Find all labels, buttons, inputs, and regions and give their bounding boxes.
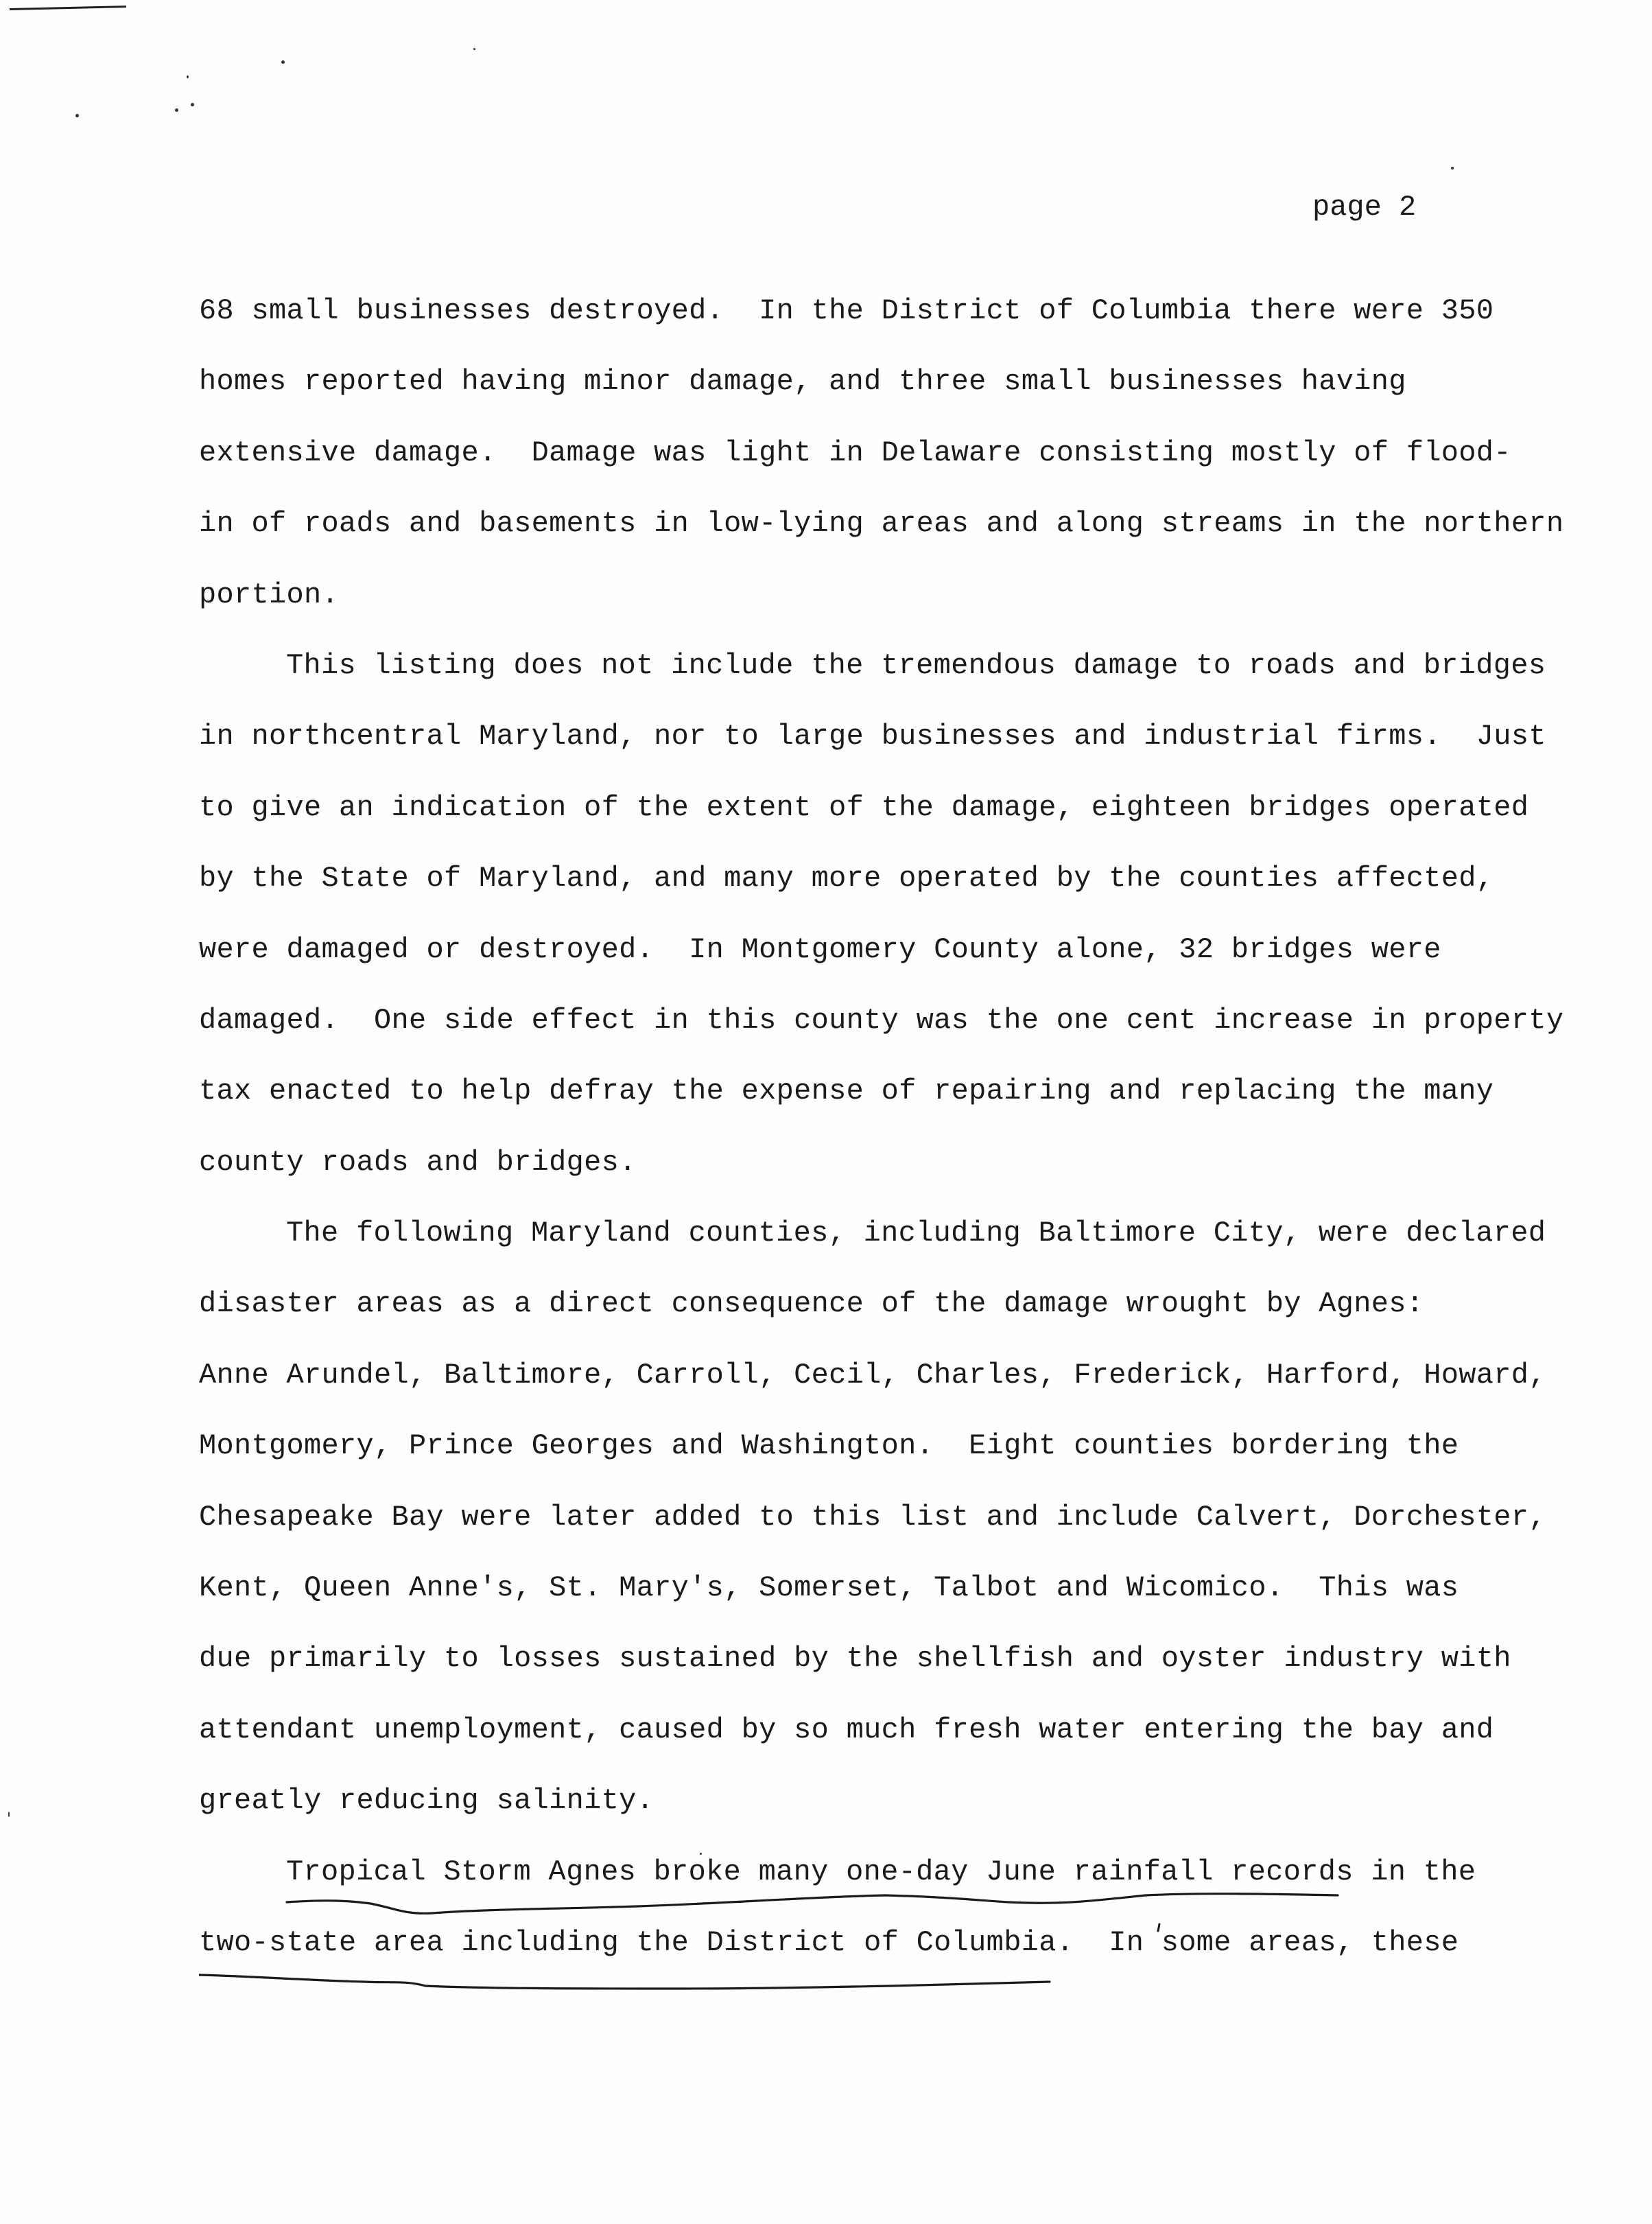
scan-speck [75, 114, 79, 117]
text-line: in of roads and basements in low-lying a… [199, 503, 1571, 574]
scan-speck [8, 1812, 10, 1817]
paragraph-2: This listing does not include the tremen… [199, 645, 1571, 1213]
scan-corner-mark [10, 5, 126, 10]
text-line: county roads and bridges. [199, 1142, 1571, 1213]
text-line: This listing does not include the tremen… [199, 645, 1571, 716]
paragraph-3: The following Maryland counties, includi… [199, 1213, 1571, 1851]
scan-speck [281, 60, 285, 64]
text-line: The following Maryland counties, includi… [199, 1213, 1571, 1283]
text-line: in northcentral Maryland, nor to large b… [199, 716, 1571, 786]
body-text: 68 small businesses destroyed. In the Di… [199, 290, 1571, 1993]
text-line: to give an indication of the extent of t… [199, 787, 1571, 858]
scan-speck [187, 75, 189, 78]
text-line: were damaged or destroyed. In Montgomery… [199, 929, 1571, 1000]
paragraph-1: 68 small businesses destroyed. In the Di… [199, 290, 1571, 645]
text-line: portion. [199, 574, 1571, 645]
underlined-text-line: Tropical Storm Agnes broke many one-day … [199, 1851, 1571, 1922]
scan-speck [700, 1853, 702, 1855]
document-page: page 2 68 small businesses destroyed. In… [0, 0, 1652, 2224]
text-line: Kent, Queen Anne's, St. Mary's, Somerset… [199, 1567, 1571, 1638]
text-line: disaster areas as a direct consequence o… [199, 1283, 1571, 1354]
text-line: greatly reducing salinity. [199, 1780, 1571, 1851]
text-line: due primarily to losses sustained by the… [199, 1638, 1571, 1709]
paragraph-4-underlined: Tropical Storm Agnes broke many one-day … [199, 1851, 1571, 1993]
text-line: Chesapeake Bay were later added to this … [199, 1497, 1571, 1567]
scan-speck [473, 48, 475, 50]
text-line: tax enacted to help defray the expense o… [199, 1070, 1571, 1141]
text-line: extensive damage. Damage was light in De… [199, 432, 1571, 503]
underlined-text-line: two-state area including the District of… [199, 1922, 1571, 1993]
scan-speck [175, 108, 178, 112]
text-line: Montgomery, Prince Georges and Washingto… [199, 1425, 1571, 1496]
scan-speck [1451, 167, 1454, 169]
text-line: by the State of Maryland, and many more … [199, 858, 1571, 928]
scan-speck [191, 103, 194, 106]
page-number: page 2 [1312, 187, 1416, 228]
text-line: damaged. One side effect in this county … [199, 1000, 1571, 1070]
text-line: homes reported having minor damage, and … [199, 361, 1571, 432]
text-line: Anne Arundel, Baltimore, Carroll, Cecil,… [199, 1355, 1571, 1425]
text-line: 68 small businesses destroyed. In the Di… [199, 290, 1571, 361]
text-line: attendant unemployment, caused by so muc… [199, 1709, 1571, 1780]
